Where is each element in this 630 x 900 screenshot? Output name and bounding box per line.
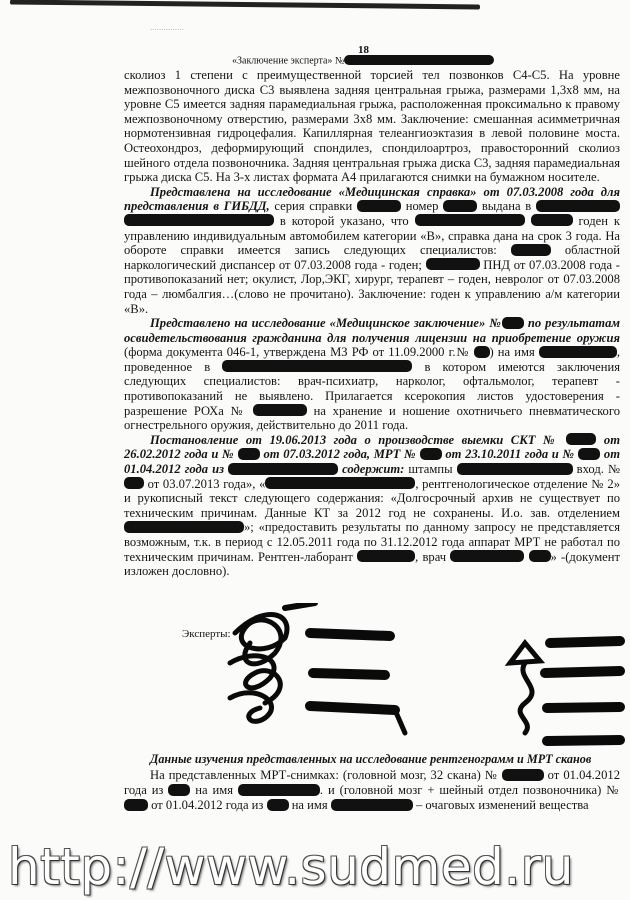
paragraph-medical-certificate: Представлена на исследование «Медицинска… [124,185,620,316]
redaction [357,550,415,562]
paragraph-medical-conclusion: Представлено на исследование «Медицинско… [124,316,620,433]
redaction [578,448,600,460]
redaction [426,258,480,270]
redaction [539,346,617,358]
redaction [238,448,260,460]
redaction [238,784,320,796]
paragraph-seizure-order: Постановление от 19.06.2013 года о произ… [124,433,620,579]
redaction [511,244,551,256]
running-title: «Заключение эксперта» № [232,55,494,66]
redaction [502,317,524,329]
redaction [474,346,490,358]
redaction [265,477,415,489]
redaction [228,463,338,475]
watermark-url: http://www.sudmed.ru [8,838,574,896]
bleed-through-text: ............... [150,22,184,32]
redaction [420,448,442,460]
redaction [531,214,573,226]
redaction [443,200,477,212]
section-heading: Данные изучения представленных на исслед… [150,752,591,767]
redaction [536,200,620,212]
redaction [502,769,544,781]
redaction [415,214,525,226]
redacted-signatures [225,603,625,753]
redaction [253,404,307,416]
redaction [450,550,524,562]
redaction [457,463,573,475]
mri-findings: На представленных МРТ-снимках: (головной… [124,768,620,813]
redaction [222,360,412,372]
experts-label: Эксперты: [182,628,231,640]
scan-artifact-bar [10,0,480,9]
redaction [331,799,413,811]
paragraph-findings: сколиоз 1 степени с преимущественной тор… [124,68,620,185]
redaction [124,521,244,533]
redaction [566,433,596,445]
redaction [124,799,148,811]
redaction [529,550,551,562]
redaction [344,55,494,65]
redaction [267,799,289,811]
redaction [357,200,401,212]
redaction [124,477,144,489]
redaction [124,214,274,226]
redaction [168,784,190,796]
document-body: сколиоз 1 степени с преимущественной тор… [124,68,620,579]
